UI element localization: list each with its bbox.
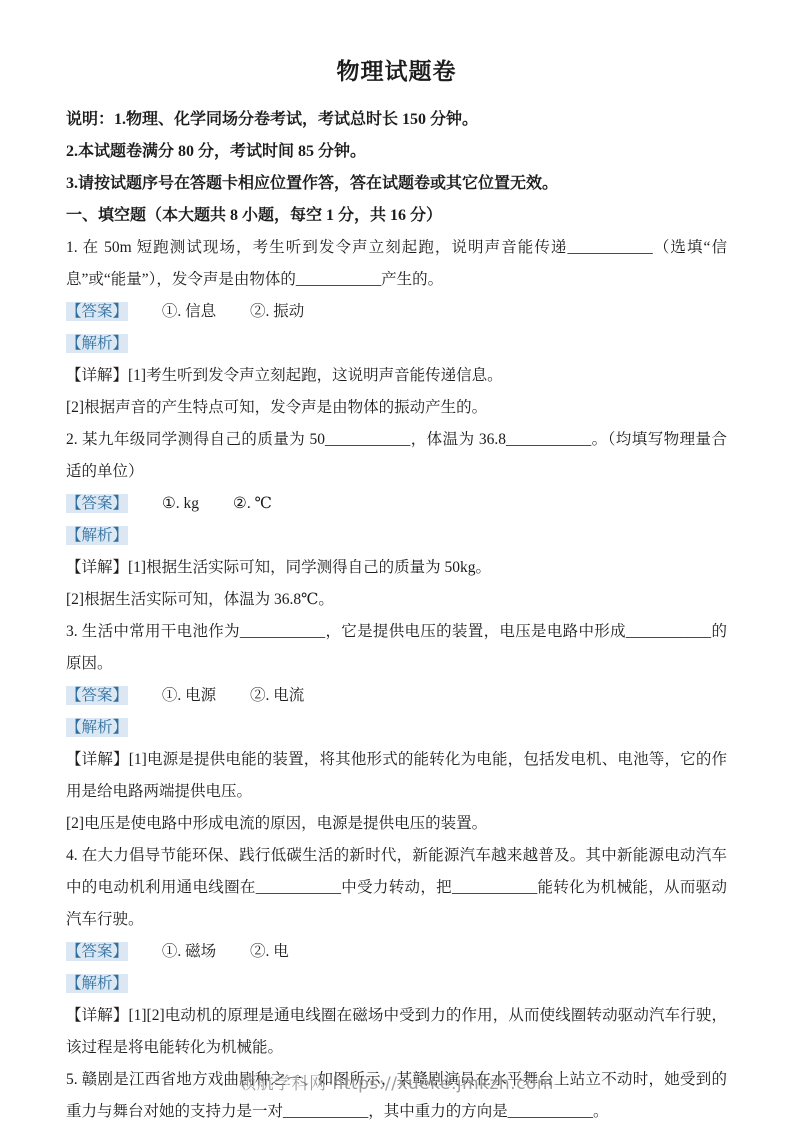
exam-paper-page: 物理试题卷 说明：1.物理、化学同场分卷考试，考试总时长 150 分钟。 2.本… — [0, 0, 793, 1122]
answer-item: ②. 电 — [250, 943, 289, 960]
question-4-detail-1: 【详解】[1][2]电动机的原理是通电线圈在磁场中受到力的作用，从而使线圈转动驱… — [66, 1000, 727, 1064]
analysis-label: 【解析】 — [66, 974, 128, 993]
answer-label: 【答案】 — [66, 302, 128, 321]
answer-item: ②. 振动 — [250, 303, 304, 320]
detail-label: 【详解】 — [66, 1007, 128, 1024]
detail-label: 【详解】 — [66, 751, 129, 768]
answer-label: 【答案】 — [66, 686, 128, 705]
question-2-answer-line: 【答案】 ①. kg ②. ℃ — [66, 488, 727, 520]
detail-text: [1]电源是提供电能的装置，将其他形式的能转化为电能，包括发电机、电池等，它的作… — [66, 751, 727, 800]
question-1-stem: 1. 在 50m 短跑测试现场，考生听到发令声立刻起跑，说明声音能传递_____… — [66, 232, 727, 296]
section-heading-fill-in-blanks: 一、填空题（本大题共 8 小题，每空 1 分，共 16 分） — [66, 200, 727, 232]
answer-item: ②. ℃ — [233, 495, 272, 512]
question-3-analysis-line: 【解析】 — [66, 712, 727, 744]
question-1-detail-1: 【详解】[1]考生听到发令声立刻起跑，这说明声音能传递信息。 — [66, 360, 727, 392]
detail-text: [1]根据生活实际可知，同学测得自己的质量为 50kg。 — [128, 559, 491, 576]
question-2-analysis-line: 【解析】 — [66, 520, 727, 552]
analysis-label: 【解析】 — [66, 334, 128, 353]
detail-text: [1]考生听到发令声立刻起跑，这说明声音能传递信息。 — [128, 367, 503, 384]
question-3: 3. 生活中常用干电池作为___________，它是提供电压的装置，电压是电路… — [66, 616, 727, 840]
instruction-line-3: 3.请按试题序号在答题卡相应位置作答，答在试题卷或其它位置无效。 — [66, 168, 727, 200]
answer-item: ②. 电流 — [250, 687, 304, 704]
detail-label: 【详解】 — [66, 559, 128, 576]
question-3-answer-line: 【答案】 ①. 电源 ②. 电流 — [66, 680, 727, 712]
answer-item: ①. 电源 — [162, 687, 216, 704]
question-4-analysis-line: 【解析】 — [66, 968, 727, 1000]
question-4: 4. 在大力倡导节能环保、践行低碳生活的新时代，新能源汽车越来越普及。其中新能源… — [66, 840, 727, 1064]
detail-text: [1][2]电动机的原理是通电线圈在磁场中受到力的作用，从而使线圈转动驱动汽车行… — [66, 1007, 727, 1056]
question-4-answer-line: 【答案】 ①. 磁场 ②. 电 — [66, 936, 727, 968]
question-4-stem: 4. 在大力倡导节能环保、践行低碳生活的新时代，新能源汽车越来越普及。其中新能源… — [66, 840, 727, 936]
instruction-line-2: 2.本试题卷满分 80 分，考试时间 85 分钟。 — [66, 136, 727, 168]
page-title: 物理试题卷 — [66, 54, 727, 90]
document-content: 物理试题卷 说明：1.物理、化学同场分卷考试，考试总时长 150 分钟。 2.本… — [0, 0, 793, 1122]
detail-label: 【详解】 — [66, 367, 128, 384]
question-1-analysis-line: 【解析】 — [66, 328, 727, 360]
watermark: 领航学科网 https://xueke.jmkzh.com — [0, 1069, 793, 1094]
answer-item: ①. 磁场 — [162, 943, 216, 960]
question-2: 2. 某九年级同学测得自己的质量为 50___________，体温为 36.8… — [66, 424, 727, 616]
answer-item: ①. kg — [162, 495, 199, 512]
question-2-detail-2: [2]根据生活实际可知，体温为 36.8℃。 — [66, 584, 727, 616]
instruction-line-1: 说明：1.物理、化学同场分卷考试，考试总时长 150 分钟。 — [66, 104, 727, 136]
answer-label: 【答案】 — [66, 494, 128, 513]
question-3-stem: 3. 生活中常用干电池作为___________，它是提供电压的装置，电压是电路… — [66, 616, 727, 680]
question-3-detail-1: 【详解】[1]电源是提供电能的装置，将其他形式的能转化为电能，包括发电机、电池等… — [66, 744, 727, 808]
question-1-answer-line: 【答案】 ①. 信息 ②. 振动 — [66, 296, 727, 328]
analysis-label: 【解析】 — [66, 718, 128, 737]
question-1: 1. 在 50m 短跑测试现场，考生听到发令声立刻起跑，说明声音能传递_____… — [66, 232, 727, 424]
question-2-detail-1: 【详解】[1]根据生活实际可知，同学测得自己的质量为 50kg。 — [66, 552, 727, 584]
question-3-detail-2: [2]电压是使电路中形成电流的原因，电源是提供电压的装置。 — [66, 808, 727, 840]
analysis-label: 【解析】 — [66, 526, 128, 545]
answer-item: ①. 信息 — [162, 303, 216, 320]
answer-label: 【答案】 — [66, 942, 128, 961]
question-1-detail-2: [2]根据声音的产生特点可知，发令声是由物体的振动产生的。 — [66, 392, 727, 424]
question-2-stem: 2. 某九年级同学测得自己的质量为 50___________，体温为 36.8… — [66, 424, 727, 488]
